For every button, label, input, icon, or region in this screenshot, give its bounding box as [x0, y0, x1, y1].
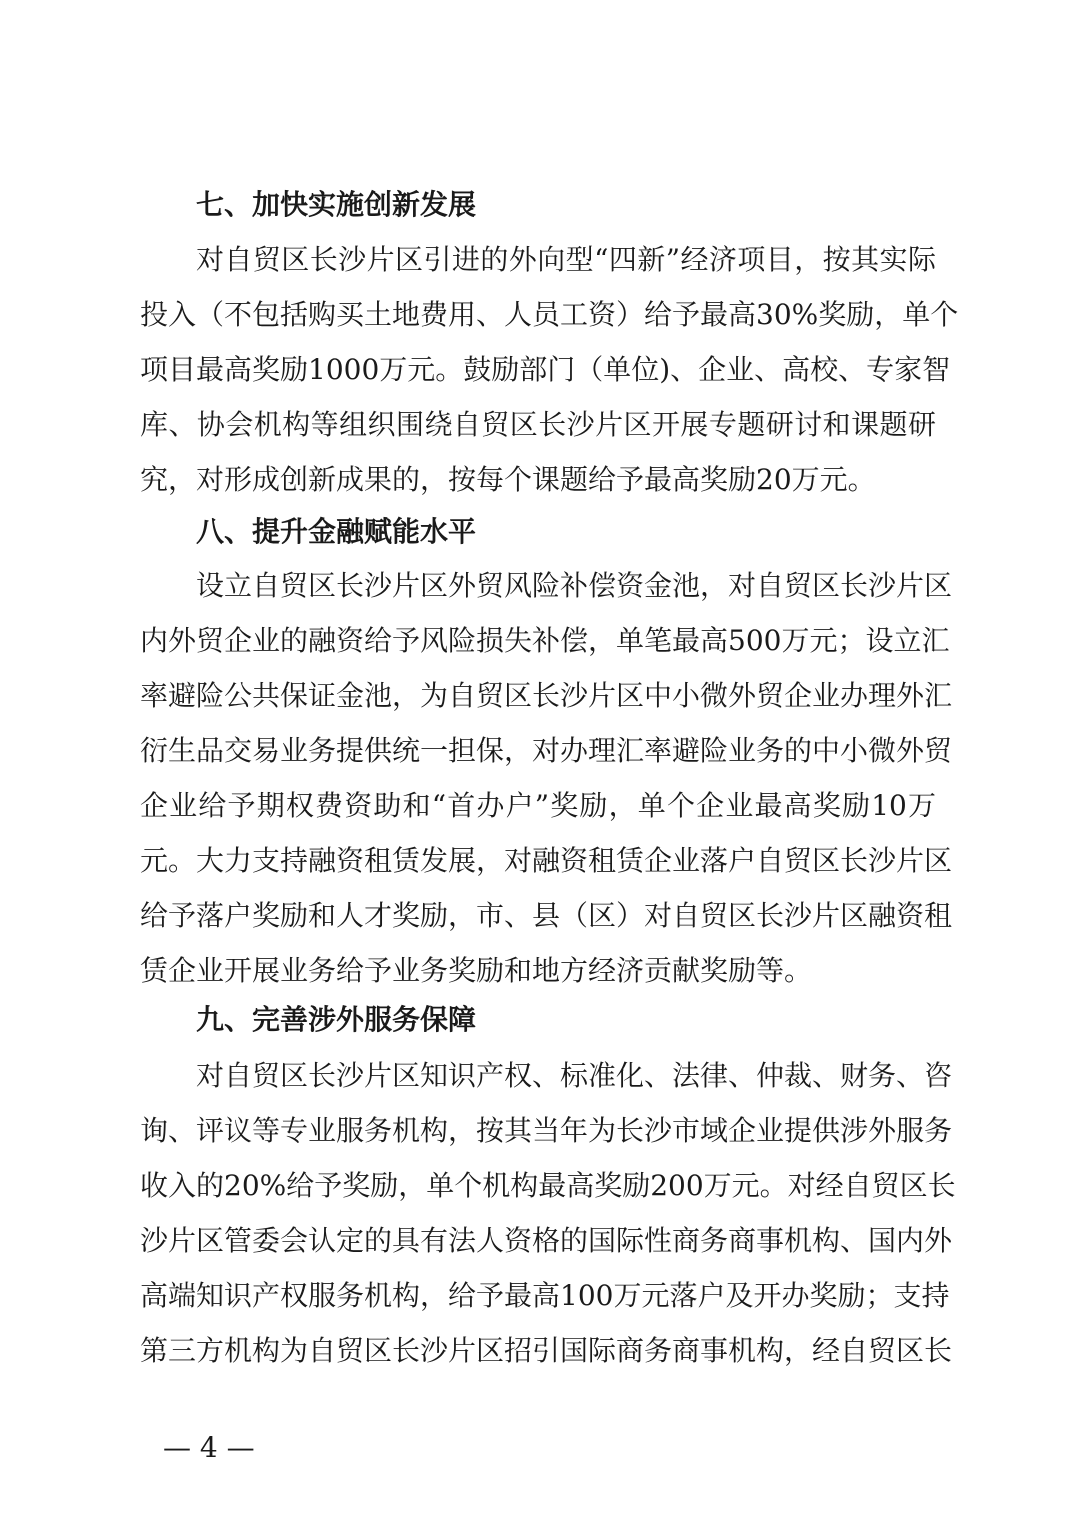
- paragraph-line: 高端知识产权服务机构，给予最高100万元落户及开办奖励；支持: [140, 1276, 936, 1316]
- paragraph-line: 对自贸区长沙片区知识产权、标准化、法律、仲裁、财务、咨: [196, 1056, 936, 1096]
- paragraph-line: 设立自贸区长沙片区外贸风险补偿资金池，对自贸区长沙片区: [196, 566, 936, 606]
- paragraph-line: 元。大力支持融资租赁发展，对融资租赁企业落户自贸区长沙片区: [140, 841, 936, 881]
- section-heading-7: 七、加快实施创新发展: [196, 185, 476, 225]
- paragraph-line: 项目最高奖励1000万元。鼓励部门（单位)、企业、高校、专家智: [140, 350, 936, 390]
- paragraph-line: 询、评议等专业服务机构，按其当年为长沙市域企业提供涉外服务: [140, 1111, 936, 1151]
- paragraph-line: 沙片区管委会认定的具有法人资格的国际性商务商事机构、国内外: [140, 1221, 936, 1261]
- section-heading-9: 九、完善涉外服务保障: [196, 1000, 476, 1040]
- paragraph-line: 衍生品交易业务提供统一担保，对办理汇率避险业务的中小微外贸: [140, 731, 936, 771]
- section-heading-8: 八、提升金融赋能水平: [196, 512, 476, 552]
- paragraph-line: 赁企业开展业务给予业务奖励和地方经济贡献奖励等。: [140, 951, 936, 991]
- paragraph-line: 收入的20%给予奖励，单个机构最高奖励200万元。对经自贸区长: [140, 1166, 936, 1206]
- paragraph-line: 给予落户奖励和人才奖励，市、县（区）对自贸区长沙片区融资租: [140, 896, 936, 936]
- paragraph-line: 企业给予期权费资助和“首办户”奖励，单个企业最高奖励10万: [140, 786, 936, 826]
- paragraph-line: 究，对形成创新成果的，按每个课题给予最高奖励20万元。: [140, 460, 936, 500]
- document-page: 七、加快实施创新发展 对自贸区长沙片区引进的外向型“四新”经济项目，按其实际 投…: [0, 0, 1074, 1520]
- paragraph-line: 投入（不包括购买土地费用、人员工资）给予最高30%奖励，单个: [140, 295, 936, 335]
- paragraph-line: 库、协会机构等组织围绕自贸区长沙片区开展专题研讨和课题研: [140, 405, 936, 445]
- paragraph-line: 第三方机构为自贸区长沙片区招引国际商务商事机构，经自贸区长: [140, 1331, 936, 1371]
- paragraph-line: 对自贸区长沙片区引进的外向型“四新”经济项目，按其实际: [196, 240, 936, 280]
- paragraph-line: 率避险公共保证金池，为自贸区长沙片区中小微外贸企业办理外汇: [140, 676, 936, 716]
- paragraph-line: 内外贸企业的融资给予风险损失补偿，单笔最高500万元；设立汇: [140, 621, 936, 661]
- page-number: — 4 —: [163, 1428, 255, 1468]
